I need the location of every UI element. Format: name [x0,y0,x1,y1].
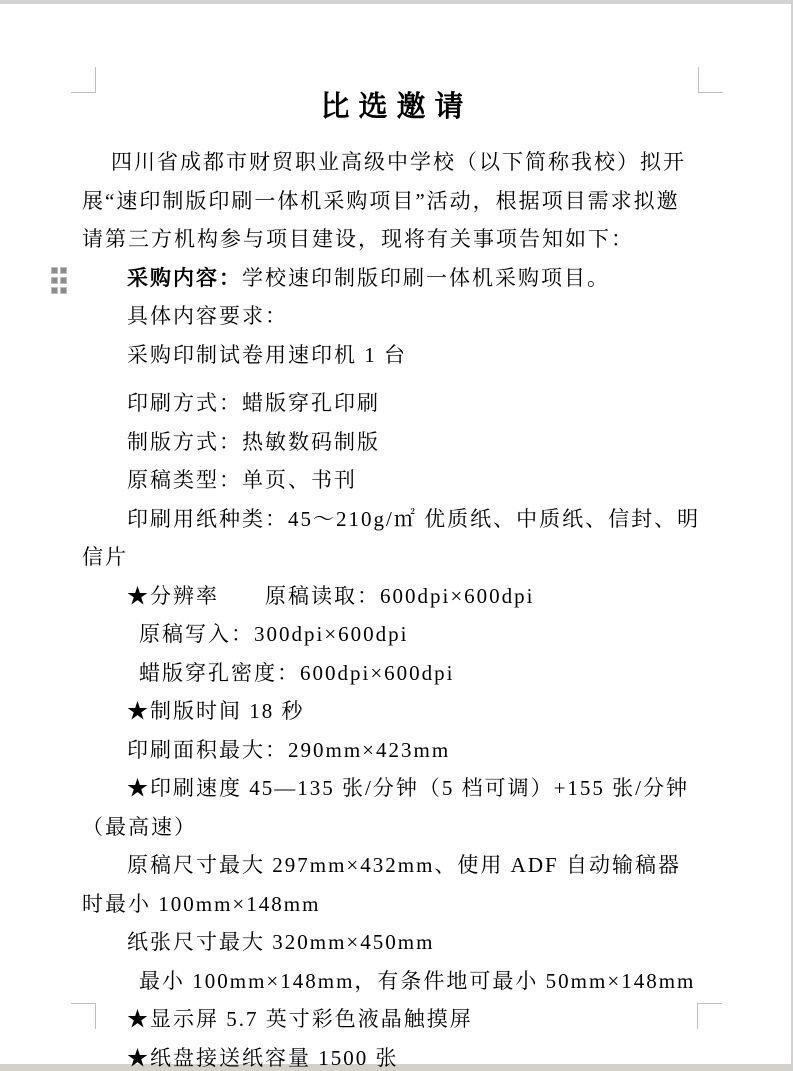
spec-line-platemaking-time[interactable]: ★制版时间 18 秒 [82,692,702,731]
intro-paragraph[interactable]: 四川省成都市财贸职业高级中学校（以下简称我校）拟开展“速印制版印刷一体机采购项目… [82,143,702,259]
procurement-content-label: 采购内容： [127,266,242,290]
spec-line-original-size[interactable]: 原稿尺寸最大 297mm×432mm、使用 ADF 自动输稿器时最小 100mm… [82,846,702,923]
spec-line-requirements-heading[interactable]: 具体内容要求： [82,297,702,336]
six-dot-drag-handle-icon[interactable] [52,268,66,293]
procurement-content-line[interactable]: 采购内容：学校速印制版印刷一体机采购项目。 [82,259,702,298]
drag-dot [52,278,57,283]
spec-line-machine-quantity[interactable]: 采购印制试卷用速印机 1 台 [82,336,702,375]
drag-dot [61,268,66,273]
spec-line-max-print-area[interactable]: 印刷面积最大：290mm×423mm [82,731,702,770]
spec-line-resolution-write[interactable]: 原稿写入：300dpi×600dpi [82,615,702,654]
spec-line-print-speed[interactable]: ★印刷速度 45—135 张/分钟（5 档可调）+155 张/分钟（最高速） [82,769,702,846]
spec-line-paper-size-min[interactable]: 最小 100mm×148mm，有条件地可最小 50mm×148mm [82,962,702,1001]
canvas-top-edge [0,0,793,4]
spec-line-tray-capacity[interactable]: ★纸盘接送纸容量 1500 张 [82,1039,702,1071]
spec-line-print-method[interactable]: 印刷方式：蜡版穿孔印刷 [82,384,702,423]
spec-line-paper-types[interactable]: 印刷用纸种类：45～210g/㎡ 优质纸、中质纸、信封、明信片 [82,500,702,577]
document-body[interactable]: 比选邀请 四川省成都市财贸职业高级中学校（以下简称我校）拟开展“速印制版印刷一体… [82,87,702,1071]
drag-dot [61,278,66,283]
spec-line-display[interactable]: ★显示屏 5.7 英寸彩色液晶触摸屏 [82,1000,702,1039]
spec-line-perforation-density[interactable]: 蜡版穿孔密度：600dpi×600dpi [82,654,702,693]
spec-line-paper-size-max[interactable]: 纸张尺寸最大 320mm×450mm [82,923,702,962]
drag-dot [52,288,57,293]
document-title[interactable]: 比选邀请 [82,87,702,127]
drag-dot [61,288,66,293]
procurement-content-value: 学校速印制版印刷一体机采购项目。 [242,266,610,290]
spec-line-resolution-scan[interactable]: ★分辨率 原稿读取：600dpi×600dpi [82,577,702,616]
drag-dot [52,268,57,273]
spec-line-platemaking-method[interactable]: 制版方式：热敏数码制版 [82,423,702,462]
spec-line-original-type[interactable]: 原稿类型：单页、书刊 [82,461,702,500]
document-page[interactable]: 比选邀请 四川省成都市财贸职业高级中学校（以下简称我校）拟开展“速印制版印刷一体… [0,0,793,1071]
